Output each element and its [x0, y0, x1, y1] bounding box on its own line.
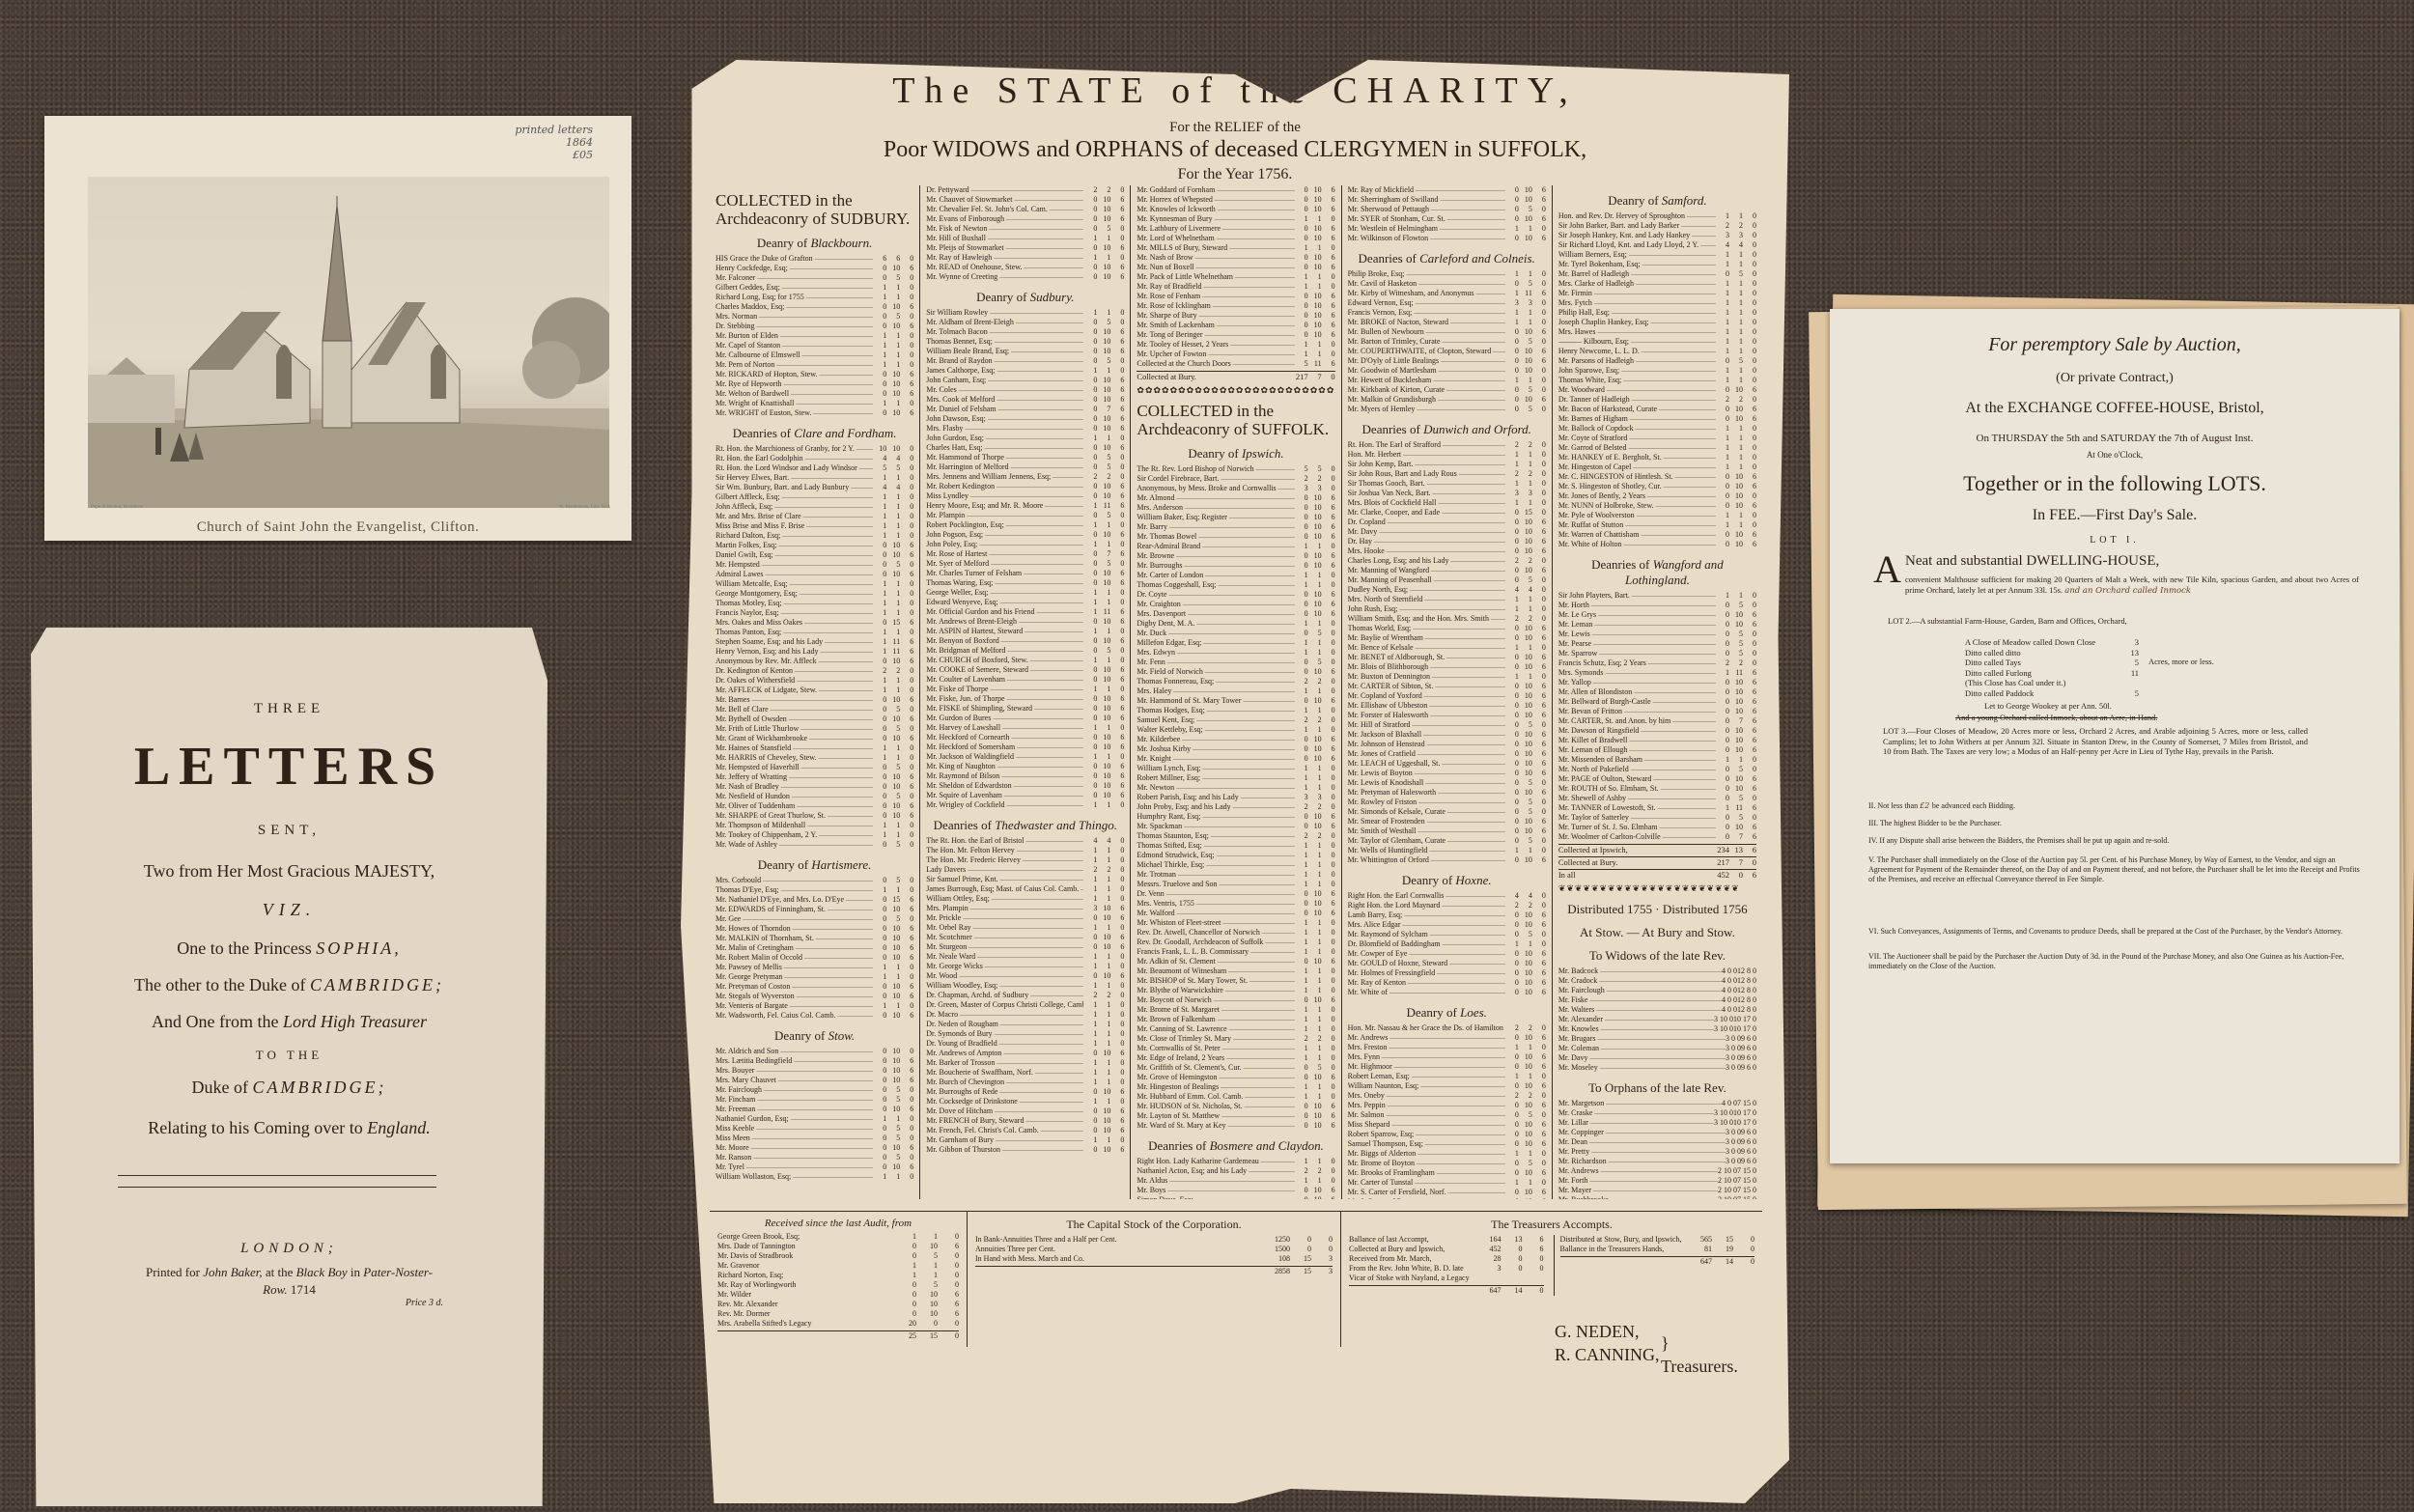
subscriber-row: Henry Newcome, L. L. D.110	[1558, 347, 1756, 356]
entry-name: Mr. Bevan of Fritton	[1558, 707, 1716, 716]
amount: 5	[1308, 629, 1322, 638]
amount: 10	[1519, 978, 1532, 988]
amount: 6	[1110, 704, 1124, 714]
amount: 6	[1532, 788, 1546, 798]
amount: 0	[1083, 549, 1097, 559]
amount: 0	[900, 579, 913, 589]
amount: 0	[1505, 662, 1519, 672]
amount: 10	[1729, 491, 1743, 501]
amount-1755: 3 0 0	[1726, 1053, 1741, 1063]
amount: 0	[900, 254, 913, 264]
recipient-name: Mr. Forth	[1558, 1176, 1718, 1186]
subscriber-row: Mr. Jackson of Blaxhall0106	[1348, 730, 1546, 740]
amount: 1	[873, 473, 886, 483]
amount: 0	[1083, 1116, 1097, 1126]
amount: 0	[1295, 822, 1308, 831]
amount: 2	[1308, 474, 1322, 484]
amount: 0	[1532, 1072, 1546, 1081]
amount: 15	[886, 895, 900, 905]
subscriber-row: Mrs. Davenport0106	[1137, 609, 1334, 619]
ledger-row: Distributed at Stow, Bury, and Ipswich,5…	[1560, 1235, 1755, 1245]
amount: 10	[1308, 1111, 1322, 1121]
entry-name: Sir John Barker, Bart. and Lady Barker	[1558, 221, 1716, 231]
entry-name	[1560, 1257, 1692, 1267]
amount: 0	[1110, 356, 1124, 366]
amount: 6	[1322, 590, 1335, 600]
amount: 0	[1743, 308, 1756, 318]
amount: 6	[1532, 624, 1546, 633]
amount: 1	[873, 608, 886, 618]
entry-name: Mr. Baylie of Wrentham	[1348, 633, 1505, 643]
amount: 6	[900, 992, 913, 1001]
amount: 0	[1083, 530, 1097, 540]
amount: 1	[1097, 588, 1110, 598]
amount: 0	[1532, 1178, 1546, 1188]
amount-1756: 12 8 0	[1737, 995, 1756, 1005]
deanery-name: Ipswich.	[1242, 446, 1284, 461]
amount: 5	[1097, 453, 1110, 462]
amount: 1	[1083, 1068, 1097, 1078]
amount: 0	[1532, 585, 1546, 595]
amount: 0	[1505, 205, 1519, 214]
distribution-row: Mr. Pretty3 0 0 9 6 0	[1558, 1147, 1756, 1157]
amount: 10	[1097, 762, 1110, 771]
amount: 2	[886, 666, 900, 676]
entry-name: Mrs. Edwyn	[1137, 648, 1294, 658]
amount: 10	[1519, 949, 1532, 959]
amount: 0	[1295, 1102, 1308, 1111]
amount: 0	[1322, 783, 1335, 793]
amount: 0	[1743, 658, 1756, 668]
amount: 0	[1083, 762, 1097, 771]
deanery-prefix: Deanries of	[1591, 557, 1653, 572]
amount: 10	[1097, 195, 1110, 205]
subscriber-row: Mr. Fisk of Newton050	[926, 224, 1124, 234]
amount: 0	[1532, 440, 1546, 450]
amount: 0	[1505, 968, 1519, 978]
amount: 0	[1110, 923, 1124, 933]
subscriber-row: Mr. Pern of Norton110	[716, 360, 913, 370]
amount: 0	[1110, 453, 1124, 462]
amount: 10	[1519, 1197, 1532, 1199]
recipient-name: Mr. Dean	[1558, 1137, 1726, 1147]
amount: 1	[1295, 870, 1308, 880]
entry-name: Mr. Nathaniel D'Eye, and Mrs. Lo. D'Eye	[716, 895, 873, 905]
amount: 0	[895, 1280, 916, 1290]
ledger-row: 25150	[717, 1330, 959, 1341]
amount: 0	[1505, 633, 1519, 643]
entry-name: John Proby, Esq; and his Lady	[1137, 802, 1294, 812]
subscriber-row: Mr. Neale Ward110	[926, 952, 1124, 962]
entry-name: Mr. Frith of Little Thurlow	[716, 724, 873, 734]
entry-name: Mr. Calbourne of Elmswell	[716, 350, 873, 360]
amount: 1	[1729, 308, 1743, 318]
amount: 0	[1505, 959, 1519, 968]
subscriber-row: Mr. Hammond of Thorpe050	[926, 453, 1124, 462]
close-row: (This Close has Coal under it.)	[1965, 678, 2139, 688]
subscriber-row: John Affleck, Esq;110	[716, 502, 913, 512]
subscriber-row: Mr. Aldus110	[1137, 1176, 1334, 1186]
entry-name: Sir John Rous, Bart and Lady Rous	[1348, 469, 1505, 479]
amount: 6	[900, 695, 913, 705]
amount: 1	[1295, 1044, 1308, 1053]
amount: 0	[1532, 556, 1546, 566]
amount: 1	[1716, 327, 1729, 337]
amount: 0	[1322, 372, 1335, 381]
amount-1756: 12 8 0	[1737, 1005, 1756, 1015]
amount: 0	[1716, 823, 1729, 832]
amount: 0	[1532, 479, 1546, 489]
amount: 10	[1097, 971, 1110, 981]
amount-1755: 4 0 0	[1722, 995, 1737, 1005]
amount: 0	[1295, 292, 1308, 301]
lot-1-lead: Neat and substantial DWELLING-HOUSE,	[1905, 553, 2159, 570]
amount: 5	[886, 1085, 900, 1095]
amount: 10	[1097, 933, 1110, 942]
entry-name: Mr. Hubbard of Emm. Col. Camb.	[1137, 1092, 1294, 1102]
subscriber-row: Mr. Daniel of Felsham076	[926, 405, 1124, 414]
entry-name: Mr. Cavil of Hasketon	[1348, 279, 1505, 289]
entry-name: Mr. CHURCH of Boxford, Stew.	[926, 656, 1083, 665]
amount: 2	[1308, 677, 1322, 686]
subscriber-row: Mr. Sheldon of Edwardston0106	[926, 781, 1124, 791]
subscriber-row: Lady Davers220	[926, 865, 1124, 875]
amount: 6	[1110, 376, 1124, 385]
entry-name: Millefon Edgar, Esq;	[1137, 638, 1294, 648]
subscriber-row: Mr. Beaumont of Witnesham110	[1137, 966, 1334, 976]
entry-name: Sir William Rowley	[926, 308, 1083, 318]
amount: 0	[1532, 469, 1546, 479]
ornament-divider: ❦❦❦❦❦❦❦❦❦❦❦❦❦❦❦❦❦❦❦❦❦❦	[1558, 883, 1756, 894]
sign: Black Boy	[296, 1265, 348, 1279]
amount: 6	[1110, 607, 1124, 617]
amount-1756: 9 6 0	[1741, 1147, 1756, 1157]
amount: 6	[873, 254, 886, 264]
close-name: Ditto called Tays	[1965, 658, 2135, 668]
amount: 0	[1295, 503, 1308, 513]
amount: 6	[1532, 395, 1546, 405]
entry-name: Dr. Coyte	[1137, 590, 1294, 600]
amount: 5	[1519, 1110, 1532, 1120]
entry-name: Mr. Leman of Ellough	[1558, 745, 1716, 755]
amount: 1	[886, 885, 900, 895]
amount: 6	[1110, 771, 1124, 781]
amount: 6	[1322, 696, 1335, 706]
amount-1756: 9 6 0	[1741, 1034, 1756, 1044]
amount: 0	[1716, 678, 1729, 687]
line-sophia: One to the Princess SOPHIA,	[31, 938, 547, 959]
entry-name: Mr. Hill of Stratford	[1348, 720, 1505, 730]
amount: 0	[1295, 909, 1308, 918]
entry-name: Sir Samuel Prime, Knt.	[926, 875, 1083, 884]
amount: 1	[873, 1114, 886, 1124]
amount: 1	[1083, 434, 1097, 443]
amount: 6	[1322, 889, 1335, 899]
amount: 0	[1110, 646, 1124, 656]
amount: 6	[1322, 667, 1335, 677]
amount: 6	[900, 618, 913, 628]
amount: 0	[873, 763, 886, 772]
amount: 0	[873, 992, 886, 1001]
amount: 6	[1110, 405, 1124, 414]
name: SOPHIA,	[316, 938, 401, 958]
entry-name: Collected at the Church Doors	[1137, 359, 1294, 369]
amount: 10	[1097, 942, 1110, 952]
subscriber-row: Henry Cockfedge, Esq;0106	[716, 264, 913, 273]
entry-name: Mr. Tolmach Bacon	[926, 327, 1083, 337]
subscriber-row: Walter Kettleby, Esq;110	[1137, 725, 1334, 735]
amount: 6	[1743, 845, 1756, 854]
subscriber-row: Sir Joshua Van Neck, Bart.330	[1348, 489, 1546, 498]
subscriber-row: Mr. Rose of Icklingham0106	[1137, 301, 1334, 311]
amount: 647	[1480, 1286, 1502, 1296]
amount: 1	[886, 821, 900, 830]
amount: 1	[1097, 875, 1110, 884]
entry-name: Mr. S. Carter of Fersfield, Norf.	[1348, 1188, 1505, 1197]
amount: 6	[1532, 826, 1546, 836]
amount: 1	[1097, 981, 1110, 991]
subscriber-row: Mr. Killet of Bradwell0106	[1558, 736, 1756, 745]
subscriber-row: Mr. Cavil of Hasketon050	[1348, 279, 1546, 289]
amount: 0	[900, 666, 913, 676]
amount: 0	[1716, 405, 1729, 414]
amount: 0	[1505, 366, 1519, 376]
amount: 1	[1097, 1097, 1110, 1106]
amount: 0	[1716, 726, 1729, 736]
subscriber-row: Mr. Simonds of Kelsale, Curate050	[1348, 807, 1546, 817]
amount: 0	[1743, 211, 1756, 221]
amount: 5	[1097, 646, 1110, 656]
amount: 6	[1532, 662, 1546, 672]
amount: 10	[916, 1290, 938, 1300]
entry-name: Joseph Chaplin Hankey, Esq;	[1558, 318, 1716, 327]
amount: 0	[1083, 462, 1097, 472]
amount: 0	[1322, 880, 1335, 889]
entry-name: Mr. Hill of Buxhall	[926, 234, 1083, 243]
subscriber-row: Hon. and Rev. Dr. Hervey of Sproughton11…	[1558, 211, 1756, 221]
amount: 10	[886, 1162, 900, 1172]
amount: 0	[1733, 1257, 1754, 1267]
amount: 0	[1532, 614, 1546, 624]
amount: 1	[1519, 318, 1532, 327]
subscriber-row: Mr. Firmin110	[1558, 289, 1756, 298]
condition-ii: II. Not less than £2 be advanced each Bi…	[1868, 801, 2361, 811]
amount: 10	[1519, 527, 1532, 537]
amount-1755: 2 10 0	[1718, 1176, 1737, 1186]
amount: 1	[1295, 764, 1308, 773]
amount: 0	[1322, 860, 1335, 870]
entry-name: Henry Cockfedge, Esq;	[716, 264, 873, 273]
amount: 5	[1519, 205, 1532, 214]
subscriber-row: Mr. Nun of Boxell0106	[1137, 263, 1334, 272]
distribution-row: Mr. Alexander3 10 0 10 17 0	[1558, 1015, 1756, 1024]
amount: 0	[1523, 1254, 1544, 1264]
amount: 1	[1505, 1072, 1519, 1081]
entry-name: Mr. Upcher of Fowton	[1137, 350, 1294, 359]
amount: 0	[938, 1271, 959, 1280]
amount: 10	[1308, 301, 1322, 311]
amount: 1	[1519, 224, 1532, 234]
subscriber-row: Mr. D'Oyly of Little Bealings0106	[1348, 356, 1546, 366]
amount: 10	[1308, 1073, 1322, 1082]
entry-name: Mr. Squire of Lavenham	[926, 791, 1083, 800]
entry-name: Mr. Johnson of Henstead	[1348, 740, 1505, 749]
subscriber-row: Mr. Kirkbank of Kirton, Curate050	[1348, 385, 1546, 395]
amount: 0	[1743, 462, 1756, 472]
amount: 1	[916, 1271, 938, 1280]
close-row: Ditto called Paddock5	[1965, 688, 2139, 699]
entry-name: Mr. Ward of St. Mary at Key	[1137, 1121, 1294, 1131]
amount: 1	[1295, 928, 1308, 938]
amount: 0	[900, 876, 913, 885]
amount: 6	[1322, 735, 1335, 744]
entry-name: Mr. Nash of Bradley	[716, 782, 873, 792]
condition-number: III.	[1868, 819, 1880, 827]
amount: 1	[1308, 918, 1322, 928]
ledger-row: Rev. Mr. Dormer0106	[717, 1309, 959, 1319]
amount: 1	[1716, 337, 1729, 347]
amount-1756: 9 6 0	[1741, 1053, 1756, 1063]
amount: 6	[938, 1300, 959, 1309]
amount: 6	[1532, 1188, 1546, 1197]
entry-name: Mr. Evans of Finborough	[926, 214, 1083, 224]
amount: 1	[1083, 1135, 1097, 1145]
amount: 1	[873, 531, 886, 541]
amount: 0	[1295, 600, 1308, 609]
amount: 0	[1505, 347, 1519, 356]
deanery-heading: Deanry of Ipswich.	[1137, 446, 1334, 462]
amount: 10	[1097, 243, 1110, 253]
amount: 5	[1308, 464, 1322, 474]
amount: 10	[1729, 405, 1743, 414]
amount: 6	[1322, 359, 1335, 369]
entry-name: Mr. Wilkinson of Flowton	[1348, 234, 1505, 243]
amount: 1	[1308, 773, 1322, 783]
amount: 2858	[1269, 1267, 1290, 1276]
amount: 0	[1322, 773, 1335, 783]
amount: 0	[1110, 875, 1124, 884]
subscriber-row: Mr. Salmon050	[1348, 1110, 1546, 1120]
amount: 1	[1083, 607, 1097, 617]
amount: 1	[1083, 723, 1097, 733]
amount: 0	[1716, 610, 1729, 620]
entry-name: Mr. Kynnesman of Bury	[1137, 214, 1294, 224]
entry-name: Daniel Gwilt, Esq;	[716, 550, 873, 560]
amount: 4	[886, 483, 900, 492]
amount: 1	[1295, 1082, 1308, 1092]
amount: 10	[1519, 826, 1532, 836]
amount: 10	[1308, 330, 1322, 340]
subscriber-row: Mr. Brome of Boyton050	[1348, 1159, 1546, 1168]
amount: 1	[1083, 855, 1097, 865]
amount: 10	[1519, 518, 1532, 527]
amount: 10	[1097, 424, 1110, 434]
amount: 6	[900, 1162, 913, 1172]
entry-name: John Canham, Esq;	[926, 376, 1083, 385]
amount: 10	[1519, 327, 1532, 337]
entry-name: Edward Wenyeve, Esq;	[926, 598, 1083, 607]
amount: 0	[1295, 1195, 1308, 1199]
amount: 1	[873, 1172, 886, 1182]
amount: 1	[1295, 243, 1308, 253]
amount: 6	[1322, 263, 1335, 272]
deanery-heading: Deanry of Blackbourn.	[716, 236, 913, 251]
amount: 4	[1519, 891, 1532, 901]
entry-name: Dr. Oakes of Withersfield	[716, 676, 873, 686]
subscriber-row: Mr. Frith of Little Thurlow050	[716, 724, 913, 734]
amount: 0	[873, 264, 886, 273]
entry-name: Robert Parish, Esq; and his Lady	[1137, 793, 1294, 802]
amount: 0	[1110, 434, 1124, 443]
amount: 0	[1110, 472, 1124, 482]
subscriber-row: Mr. CARTER, St. and Anon. by him076	[1558, 716, 1756, 726]
amount: 1	[1083, 501, 1097, 511]
entry-name: Anonymous, by Mess. Broke and Cornwallis	[1137, 484, 1294, 493]
amount: 1	[1083, 884, 1097, 894]
entry-name: Dr. Young of Bradfield	[926, 1039, 1083, 1049]
amount: 10	[1308, 812, 1322, 822]
entry-name: Mr. Orbel Ray	[926, 923, 1083, 933]
amount: 1	[1295, 571, 1308, 580]
recipient-name: Mr. Andrews	[1558, 1166, 1718, 1176]
entry-name: Mr. FRENCH of Bury, Steward	[926, 1116, 1083, 1126]
entry-name: Walter Kettleby, Esq;	[1137, 725, 1294, 735]
subscriber-row: William Lynch, Esq;110	[1137, 764, 1334, 773]
entry-name: Mr. Griffith of St. Clement's, Cur.	[1137, 1063, 1294, 1073]
subscriber-row: Mrs. Oneby220	[1348, 1091, 1546, 1101]
amount: 13	[1729, 845, 1743, 854]
amount: 6	[1532, 1120, 1546, 1130]
amount: 10	[886, 264, 900, 273]
entry-name: Mr. Whittington of Orford	[1348, 855, 1505, 865]
amount: 0	[1322, 484, 1335, 493]
amount: 1	[1308, 860, 1322, 870]
amount: 2	[1308, 715, 1322, 725]
entry-name: The Hon. Mr. Frederic Hervey	[926, 855, 1083, 865]
entry-name: Mr. Simonds of Kelsale, Curate	[1348, 807, 1505, 817]
entry-name: Mr. Hempsted	[716, 560, 873, 570]
amount: 10	[886, 1105, 900, 1114]
amount: 6	[1532, 356, 1546, 366]
subscriber-row: Mr. Barrel of Hadleigh050	[1558, 269, 1756, 279]
amount: 10	[1729, 501, 1743, 511]
entry-name: Dr. Macro	[926, 1010, 1083, 1020]
amount: 1	[1716, 443, 1729, 453]
amount: 10	[1519, 566, 1532, 575]
recipient-name: Mr. Craske	[1558, 1108, 1714, 1118]
amount: 10	[886, 934, 900, 943]
amount: 0	[1716, 620, 1729, 630]
subscriber-row: Mr. Smith of Lackenham0106	[1137, 321, 1334, 330]
amount: 1	[916, 1261, 938, 1271]
subscriber-row: William Smith, Esq; and the Hon. Mrs. Sm…	[1348, 614, 1546, 624]
amount: 10	[1729, 784, 1743, 794]
amount: 6	[1322, 503, 1335, 513]
entry-name: William Woodley, Esq;	[926, 981, 1083, 991]
entry-name: Mr. Welton of Bardwell	[716, 389, 873, 399]
entry-name: Rev. Dr. Goodall, Archdeacon of Suffolk	[1137, 938, 1294, 947]
distribution-row: Mr. Craske3 10 0 10 17 0	[1558, 1108, 1756, 1118]
entry-name: Mr. Biggs of Alderton	[1348, 1149, 1505, 1159]
entry-name: Mr. Coyte of Stratford	[1558, 434, 1716, 443]
subscriber-row: Mr. Pleijs of Stowmarket0106	[926, 243, 1124, 253]
total-row: Collected at Bury.21770	[1558, 856, 1756, 867]
entry-name: Mr. North of Pakefield	[1558, 765, 1716, 774]
amount: 0	[1532, 224, 1546, 234]
subscriber-row: William Ottley, Esq;110	[926, 894, 1124, 904]
entry-name: Mr. Barnes of Higham	[1558, 414, 1716, 424]
amount: 6	[1532, 633, 1546, 643]
